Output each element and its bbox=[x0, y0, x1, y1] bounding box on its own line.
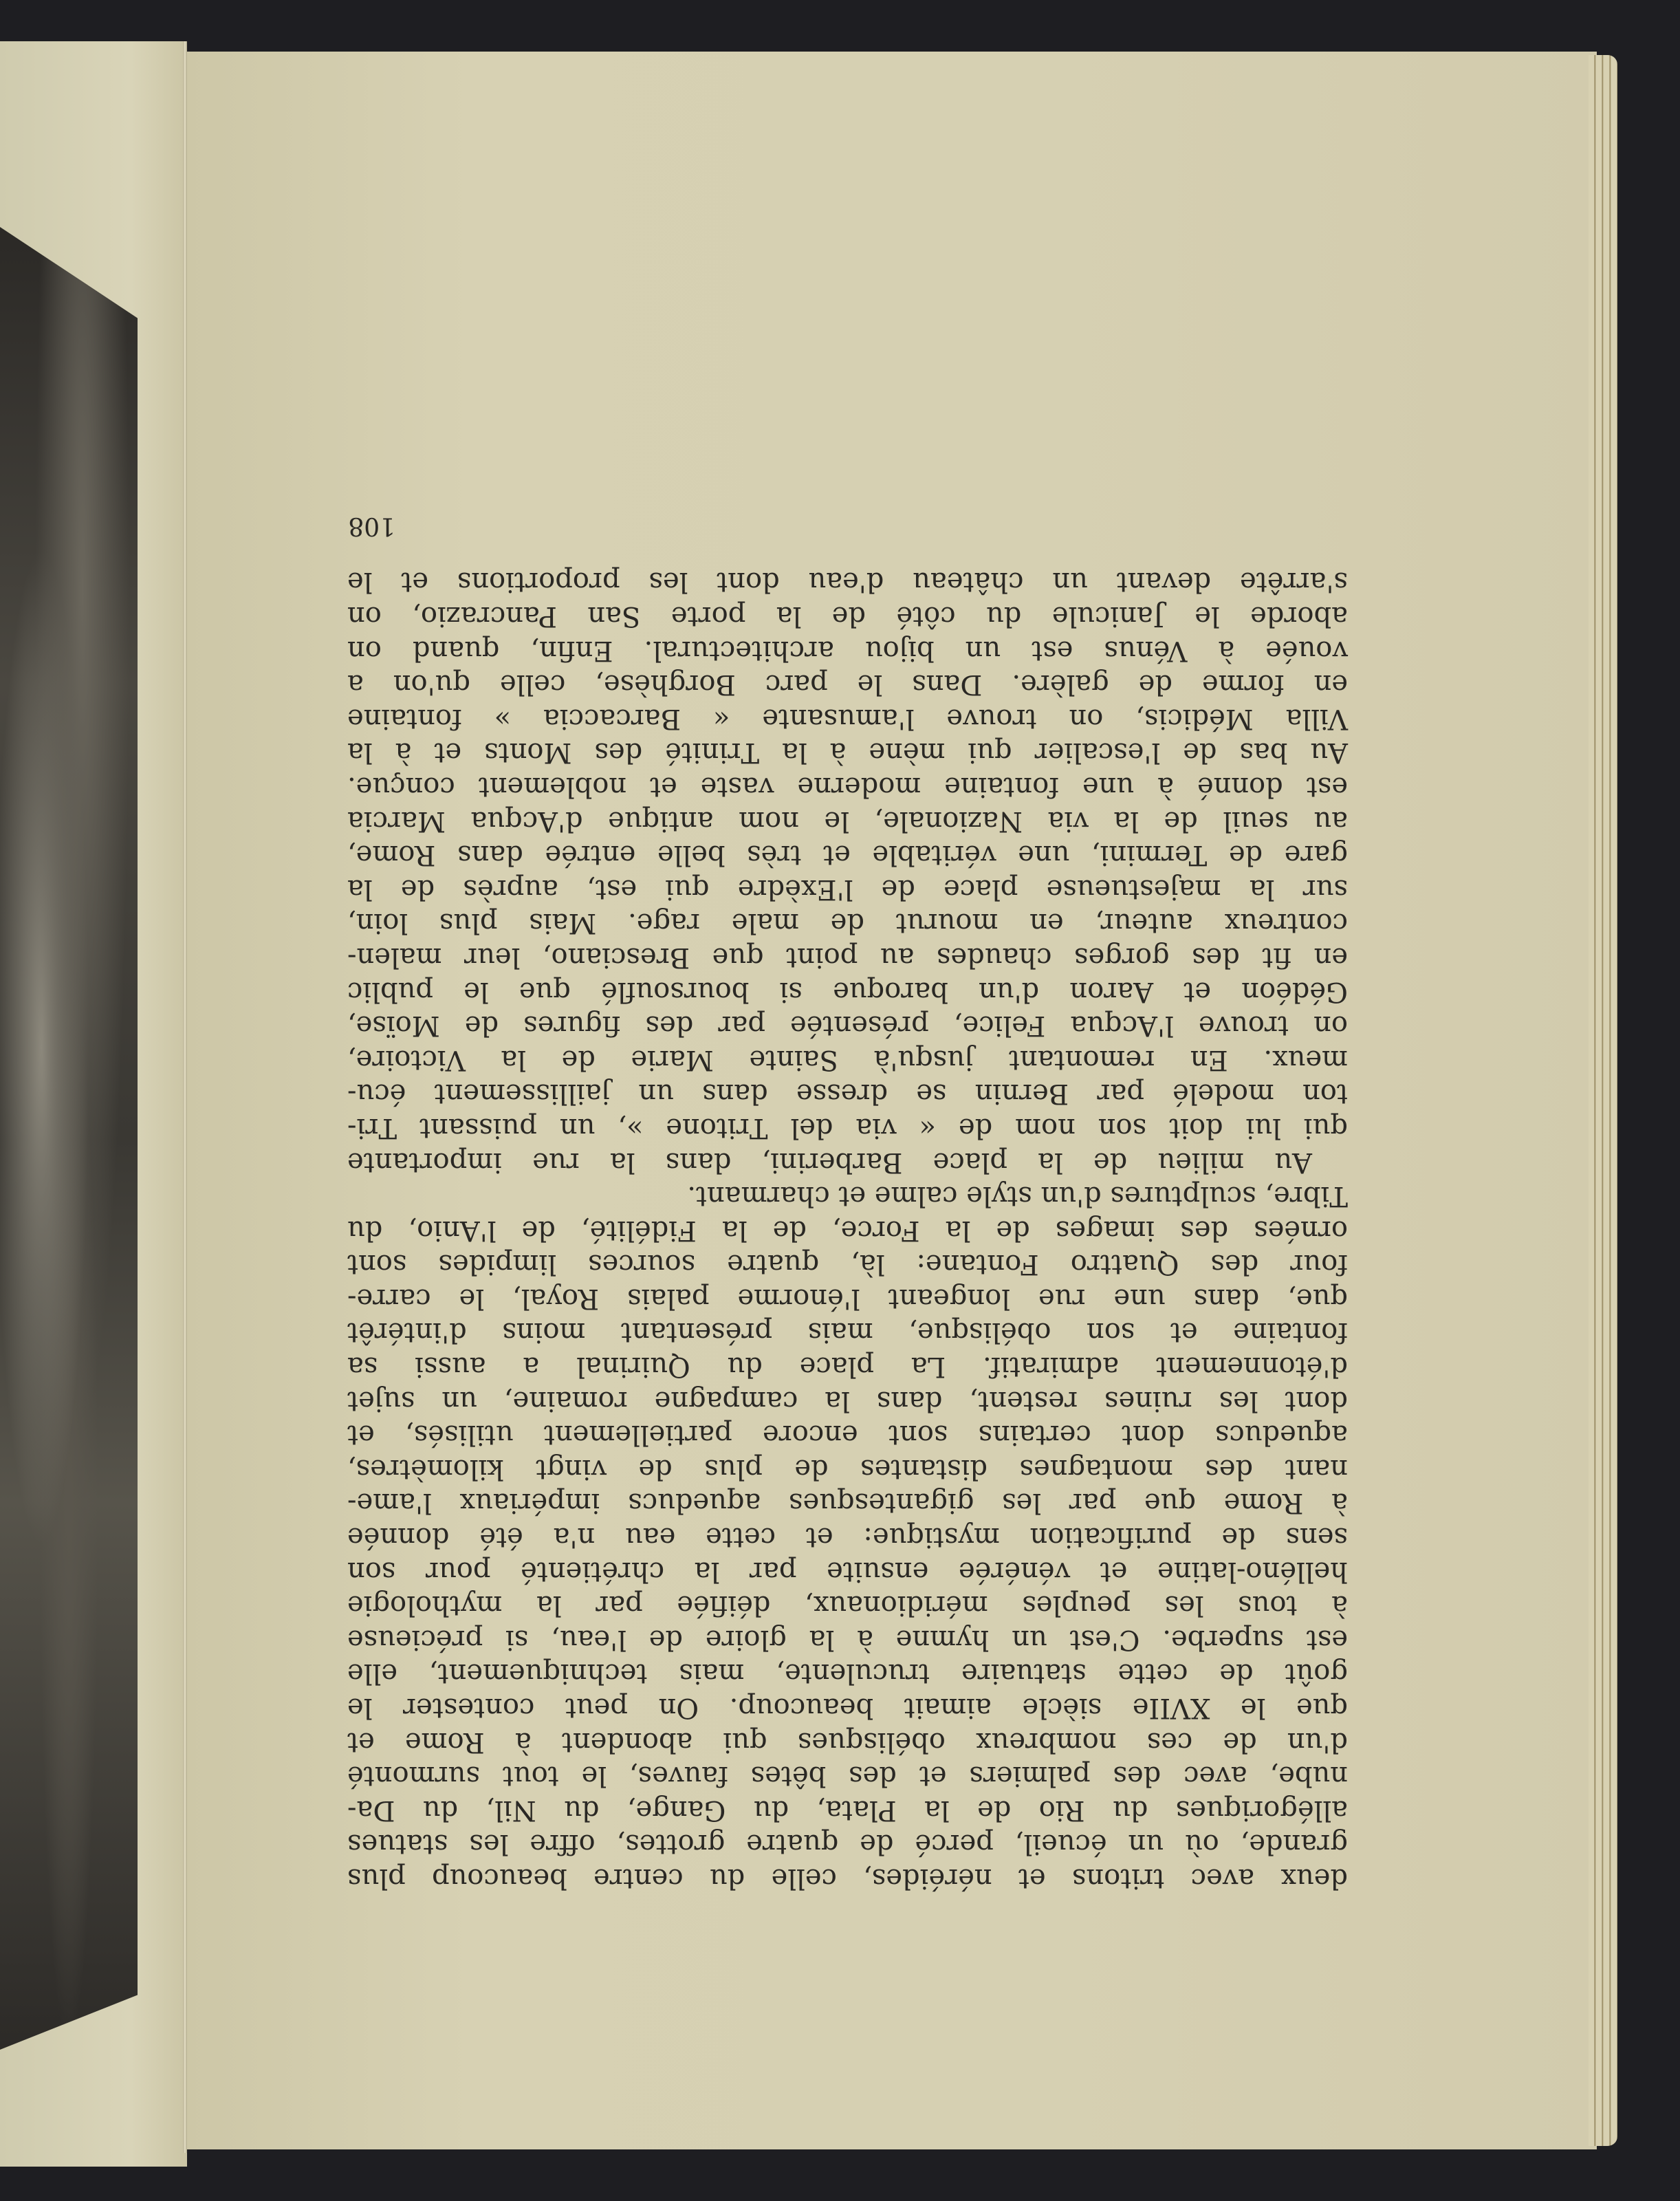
text-line: ornées des images de la Force, de la Fid… bbox=[347, 1213, 1348, 1247]
text-line: à Rome que par les gigantesques aqueducs… bbox=[347, 1486, 1348, 1520]
text-line: sur la majestueuse place de l'Exèdre qui… bbox=[347, 871, 1348, 906]
text-line: qui lui doit son nom de « via del Triton… bbox=[347, 1110, 1348, 1145]
text-line: est superbe. C'est un hymne à la gloire … bbox=[347, 1622, 1348, 1656]
text-line: contreux auteur, en mourut de male rage.… bbox=[347, 906, 1348, 940]
text-line: Au milieu de la place Barberini, dans la… bbox=[347, 1145, 1348, 1179]
text-line: dont les ruines restent, dans la campagn… bbox=[347, 1383, 1348, 1418]
text-line: aborde le Janicule du côté de la porte S… bbox=[347, 598, 1348, 633]
text-line: sens de purification mystique: et cette … bbox=[347, 1519, 1348, 1554]
text-line: meux. En remontant jusqu'à Sainte Marie … bbox=[347, 1042, 1348, 1076]
text-line: helléno-latine et vénérée ensuite par la… bbox=[347, 1554, 1348, 1588]
text-line: four des Quattro Fontane: là, quatre sou… bbox=[347, 1247, 1348, 1281]
page-text-block: deux avec tritons et néréides, celle du … bbox=[347, 354, 1348, 1895]
page-number: 108 bbox=[347, 508, 1348, 543]
text-line: gare de Termini, une véritable et très b… bbox=[347, 838, 1348, 872]
text-line: d'un de ces nombreux obélisques qui abon… bbox=[347, 1724, 1348, 1759]
text-line: est donné à une fontaine moderne vaste e… bbox=[347, 769, 1348, 803]
text-line: que le XVIIe siècle aimait beaucoup. On … bbox=[347, 1690, 1348, 1724]
text-line: que, dans une rue longeant l'énorme pala… bbox=[347, 1281, 1348, 1315]
text-line: grande, où un écueil, percé de quatre gr… bbox=[347, 1827, 1348, 1861]
text-line: nant des montagnes distantes de plus de … bbox=[347, 1451, 1348, 1486]
text-line: allégoriques du Rio de la Plata, du Gang… bbox=[347, 1792, 1348, 1827]
text-line: fontaine et son obélisque, mais présenta… bbox=[347, 1315, 1348, 1349]
text-line: goût de cette statuaire truculente, mais… bbox=[347, 1656, 1348, 1691]
text-line: en fit des gorges chaudes au point que B… bbox=[347, 940, 1348, 974]
text-line: Gédéon et Aaron d'un baroque si boursouf… bbox=[347, 974, 1348, 1008]
text-line: Tibre, sculptures d'un style calme et ch… bbox=[347, 1179, 1348, 1213]
text-line: aqueducs dont certains sont encore parti… bbox=[347, 1418, 1348, 1452]
page-edges bbox=[1589, 55, 1617, 2146]
fountain-photograph bbox=[0, 227, 138, 2050]
text-line: au seuil de la via Nazionale, le nom ant… bbox=[347, 803, 1348, 838]
text-line: Au bas de l'escalier qui mène à la Trini… bbox=[347, 735, 1348, 770]
text-line: nube, avec des palmiers et des bêtes fau… bbox=[347, 1759, 1348, 1793]
text-line: ton modelé par Bernin se dresse dans un … bbox=[347, 1076, 1348, 1111]
text-line: d'étonnement admiratif. La place du Quir… bbox=[347, 1349, 1348, 1384]
text-line: en forme de galère. Dans le parc Borghès… bbox=[347, 667, 1348, 702]
text-line: deux avec tritons et néréides, celle du … bbox=[347, 1861, 1348, 1895]
text-line: Villa Médicis, on trouve l'amusante « Ba… bbox=[347, 701, 1348, 735]
text-line: vouée à Vénus est un bijou architectural… bbox=[347, 633, 1348, 667]
text-line: on trouve l'Acqua Felice, présentée par … bbox=[347, 1008, 1348, 1043]
left-page bbox=[0, 41, 187, 2167]
text-line: s'arrête devant un château d'eau dont le… bbox=[347, 565, 1348, 599]
text-line: à tous les peuples méridionaux, déifiée … bbox=[347, 1588, 1348, 1623]
